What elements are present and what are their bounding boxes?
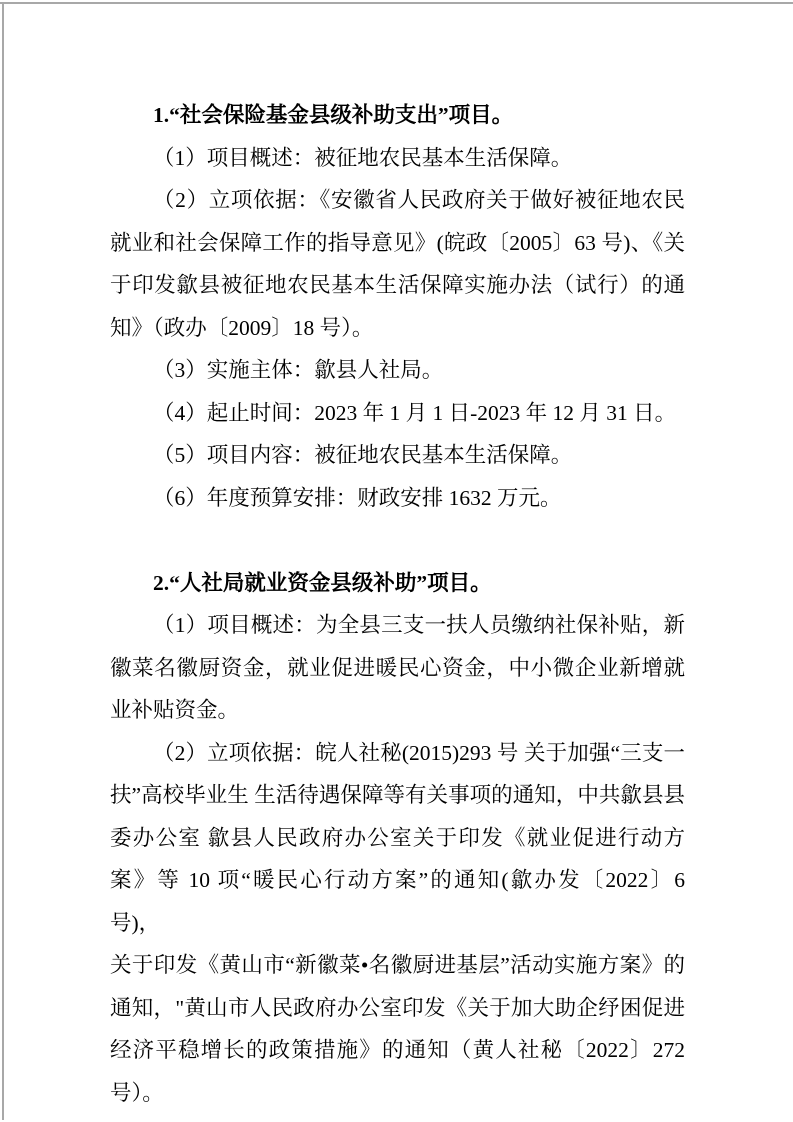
section-heading: 2.“人社局就业资金县级补助”项目。 [110, 562, 685, 605]
document-body: 1.“社会保险基金县级补助支出”项目。（1）项目概述：被征地农民基本生活保障。（… [110, 94, 685, 1114]
page-border-left [2, 2, 4, 1120]
paragraph: （3）实施主体：歙县人社局。 [110, 349, 685, 392]
paragraph: （4）起止时间：2023 年 1 月 1 日-2023 年 12 月 31 日。 [110, 392, 685, 435]
paragraph: （1）项目概述：被征地农民基本生活保障。 [110, 137, 685, 180]
paragraph: （2）立项依据：《安徽省人民政府关于做好被征地农民就业和社会保障工作的指导意见》… [110, 179, 685, 349]
paragraph: （5）项目内容：被征地农民基本生活保障。 [110, 434, 685, 477]
section-heading: 1.“社会保险基金县级补助支出”项目。 [110, 94, 685, 137]
paragraph [110, 519, 685, 562]
page-border-top [0, 2, 793, 4]
document-viewer: { "page": { "background_color": "#ffffff… [0, 0, 793, 1122]
paragraph: （6）年度预算安排：财政安排 1632 万元。 [110, 477, 685, 520]
paragraph: 关于印发《黄山市“新徽菜•名徽厨进基层”活动实施方案》的通知，"黄山市人民政府办… [110, 944, 685, 1114]
paragraph: （2）立项依据：皖人社秘(2015)293 号 关于加强“三支一扶”高校毕业生 … [110, 732, 685, 945]
paragraph: （1）项目概述：为全县三支一扶人员缴纳社保补贴，新徽菜名徽厨资金，就业促进暖民心… [110, 604, 685, 732]
